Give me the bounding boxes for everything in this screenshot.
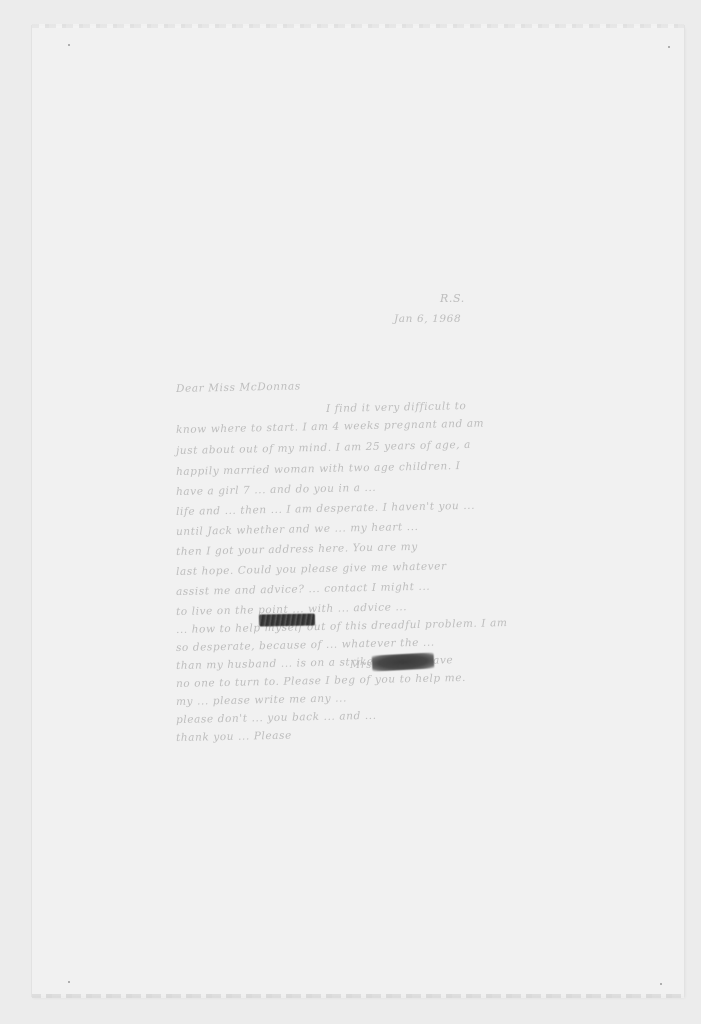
handwritten-letter: R.S. Jan 6, 1968 Dear Miss McDonnas I fi… [0, 0, 701, 1024]
letter-line: ... how to help myself out of this dread… [176, 617, 508, 636]
letter-line: my ... please write me any ... [176, 692, 347, 708]
letter-line: assist me and advice? ... contact I migh… [176, 581, 431, 598]
letter-line: last hope. Could you please give me what… [176, 560, 447, 578]
redaction-mark-inline [259, 614, 315, 627]
letter-line: until Jack whether and we ... my heart .… [176, 521, 419, 538]
letter-line: no one to turn to. Please I beg of you t… [176, 672, 466, 690]
redaction-mark-signature [372, 652, 435, 671]
letter-line: I find it very difficult to [326, 400, 467, 415]
letter-greeting: Dear Miss McDonnas [176, 380, 301, 395]
letter-line: then I got your address here. You are my [176, 541, 418, 558]
letter-line: just about out of my mind. I am 25 years… [176, 439, 471, 457]
letter-line: know where to start. I am 4 weeks pregna… [176, 418, 484, 436]
letter-date: Jan 6, 1968 [394, 313, 461, 325]
letter-line: happily married woman with two age child… [176, 460, 461, 478]
letter-header-mark: R.S. [440, 292, 465, 305]
letter-line: please don't ... you back ... and ... [176, 710, 377, 726]
letter-line: have a girl 7 ... and do you in a ... [176, 482, 377, 498]
letter-line: life and ... then ... I am desperate. I … [176, 500, 475, 518]
letter-line: thank you ... Please [176, 730, 292, 744]
letter-line: so desperate, because of ... whatever th… [176, 637, 435, 654]
